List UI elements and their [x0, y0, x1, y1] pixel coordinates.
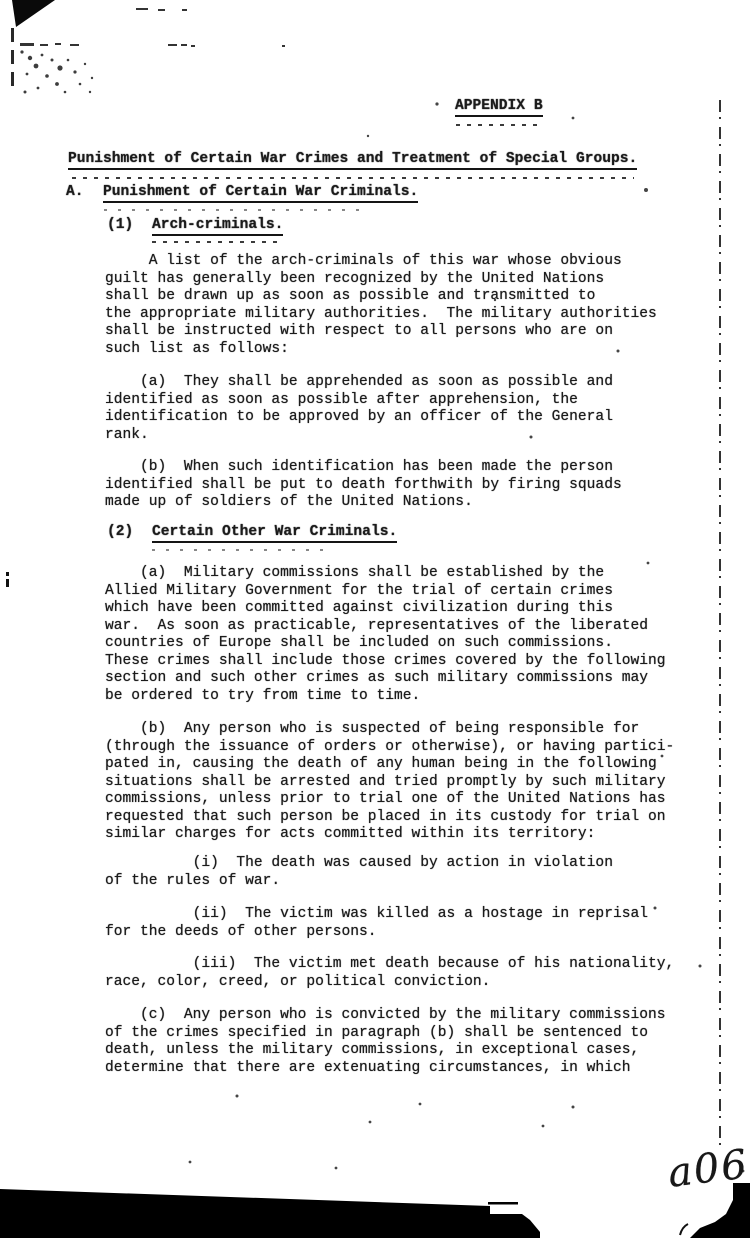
section-a-heading-text: Punishment of Certain War Criminals.	[103, 184, 418, 203]
scan-dash-marks	[20, 8, 285, 47]
paragraph-1-intro: A list of the arch-criminals of this war…	[105, 253, 657, 358]
paragraph-1a: (a) They shall be apprehended as soon as…	[105, 374, 613, 444]
corner-pen-squiggle	[680, 1224, 688, 1235]
subsection-2-heading: Certain Other War Criminals.	[152, 524, 397, 542]
subsection-1-heading: Arch-criminals.	[152, 217, 283, 235]
paragraph-2b-i: (i) The death was caused by action in vi…	[105, 855, 613, 890]
redaction-blob	[0, 1189, 540, 1238]
typewriter-ghost-underline	[152, 549, 332, 551]
paragraph-2b: (b) Any person who is suspected of being…	[105, 721, 674, 844]
typewriter-ghost-underline	[104, 209, 360, 211]
subsection-2-heading-text: Certain Other War Criminals.	[152, 524, 397, 543]
scan-margin-streak	[11, 28, 14, 94]
paragraph-2a: (a) Military commissions shall be establ…	[105, 565, 666, 705]
handwritten-page-number: a06	[665, 1141, 750, 1196]
paragraph-1b: (b) When such identification has been ma…	[105, 459, 622, 512]
section-a-heading: Punishment of Certain War Criminals.	[103, 184, 418, 202]
ink-smudge-cluster	[20, 50, 93, 93]
paragraph-2b-ii: (ii) The victim was killed as a hostage …	[105, 906, 648, 941]
paragraph-2c: (c) Any person who is convicted by the m…	[105, 1007, 666, 1077]
appendix-heading: APPENDIX B	[455, 98, 543, 116]
document-title: Punishment of Certain War Crimes and Tre…	[68, 151, 637, 169]
scan-corner-triangle	[12, 0, 55, 27]
document-title-text: Punishment of Certain War Crimes and Tre…	[68, 151, 637, 170]
scan-fold-line	[719, 100, 721, 1146]
left-margin-tick	[6, 572, 9, 587]
typewriter-ghost-underline	[152, 241, 279, 243]
section-a-label: A.	[66, 184, 84, 202]
paragraph-2b-iii: (iii) The victim met death because of hi…	[105, 956, 674, 991]
appendix-heading-text: APPENDIX B	[455, 98, 543, 117]
typewriter-ghost-underline	[72, 177, 634, 179]
scanned-document-page: APPENDIX B Punishment of Certain War Cri…	[0, 0, 750, 1238]
subsection-1-number: (1)	[107, 217, 133, 235]
typewriter-ghost-underline	[456, 124, 544, 126]
subsection-1-heading-text: Arch-criminals.	[152, 217, 283, 236]
subsection-2-number: (2)	[107, 524, 133, 542]
